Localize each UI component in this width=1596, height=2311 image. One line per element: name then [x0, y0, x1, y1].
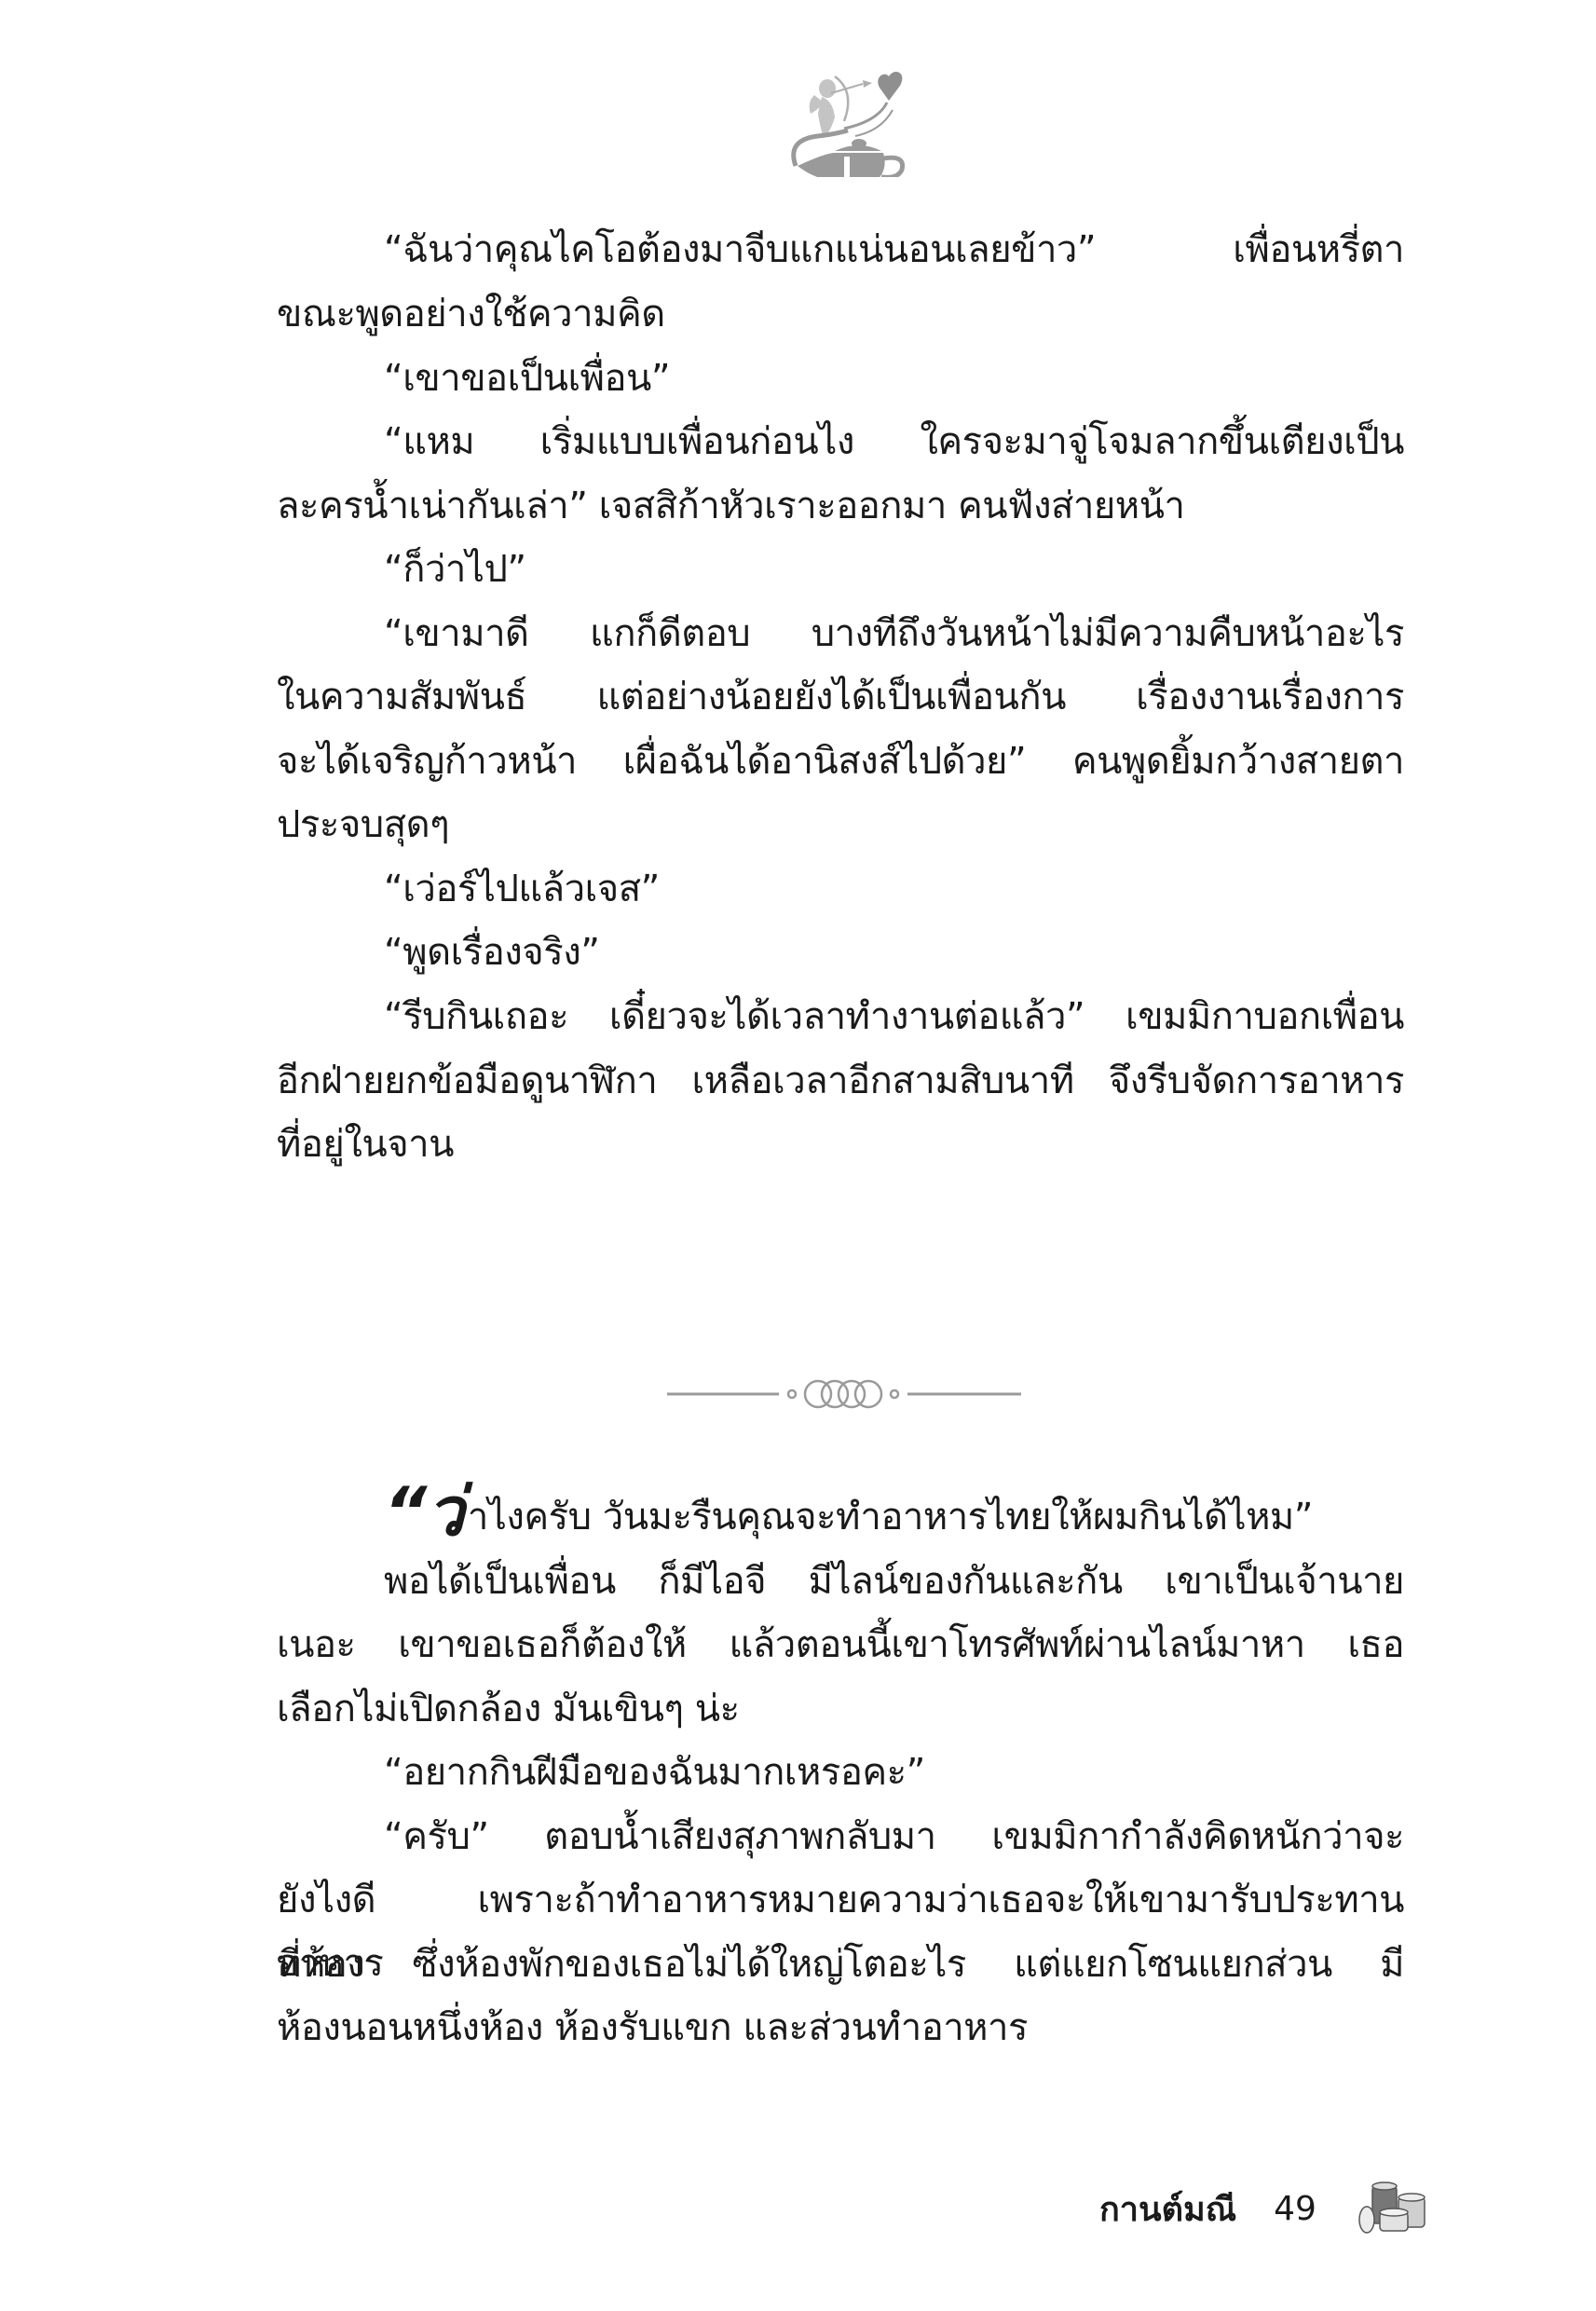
paragraph-line: “เขามาดี แกก็ดีตอบ บางทีถึงวันหน้าไม่มีค… [277, 602, 1404, 665]
coin-stack-icon [1354, 2181, 1438, 2236]
paragraph-line: เนอะ เขาขอเธอก็ต้องให้ แล้วตอนนี้เขาโทรศ… [277, 1613, 1404, 1676]
paragraph-first-line: “ว่าไงครับ วันมะรืนคุณจะทำอาหารไทยให้ผมก… [277, 1480, 1404, 1543]
paragraph-line: อีกฝ่ายยกข้อมือดูนาฬิกา เหลือเวลาอีกสามส… [277, 1049, 1404, 1113]
paragraph-line: ห้องนอนหนึ่งห้อง ห้องรับแขก และส่วนทำอาห… [277, 1996, 1404, 2059]
paragraph-line: ที่อยู่ในจาน [277, 1113, 1404, 1176]
paragraph-line: “ก็ว่าไป” [277, 538, 1404, 601]
ornamental-divider-icon [667, 1377, 1021, 1411]
paragraph-line: “พูดเรื่องจริง” [277, 921, 1404, 984]
page-footer: กานต์มณี 49 [1099, 2181, 1438, 2236]
genie-lamp-cupid-icon [770, 56, 909, 177]
paragraph-line: ที่ห้อง ซึ่งห้องพักของเธอไม่ได้ใหญ่โตอะไ… [277, 1933, 1404, 1996]
paragraph-line: ยังไงดี เพราะถ้าทำอาหารหมายความว่าเธอจะใ… [277, 1868, 1404, 1932]
book-title: กานต์มณี [1099, 2182, 1236, 2236]
paragraph-line: “แหม เริ่มแบบเพื่อนก่อนไง ใครจะมาจู่โจมล… [277, 410, 1404, 473]
paragraph-line: ขณะพูดอย่างใช้ความคิด [277, 282, 1404, 346]
first-line-text: าไงครับ วันมะรืนคุณจะทำอาหารไทยให้ผมกินไ… [468, 1496, 1313, 1538]
paragraph-line: “ฉันว่าคุณไคโอต้องมาจีบแกแน่นอนเลยข้าว” … [277, 218, 1404, 281]
paragraph-line: ประจบสุดๆ [277, 793, 1404, 856]
paragraph-line: “เว่อร์ไปแล้วเจส” [277, 857, 1404, 921]
paragraph-line: “เขาขอเป็นเพื่อน” [277, 347, 1404, 410]
paragraph-line: ละครน้ำเน่ากันเล่า” เจสสิก้าหัวเราะออกมา… [277, 474, 1404, 538]
page-number: 49 [1274, 2190, 1316, 2228]
paragraph-line: ในความสัมพันธ์ แต่อย่างน้อยยังได้เป็นเพื… [277, 665, 1404, 729]
paragraph-line: จะได้เจริญก้าวหน้า เผื่อฉันได้อานิสงส์ไป… [277, 730, 1404, 793]
paragraph-line: เลือกไม่เปิดกล้อง มันเขินๆ น่ะ [277, 1677, 1404, 1741]
paragraph-line: “อยากกินฝีมือของฉันมากเหรอคะ” [277, 1741, 1404, 1804]
drop-cap: “ว่ [384, 1472, 464, 1551]
paragraph-line: “ครับ” ตอบน้ำเสียงสุภาพกลับมา เขมมิกากำล… [277, 1805, 1404, 1868]
paragraph-line: “รีบกินเถอะ เดี๋ยวจะได้เวลาทำงานต่อแล้ว”… [277, 985, 1404, 1048]
paragraph-line: พอได้เป็นเพื่อน ก็มีไอจี มีไลน์ของกันและ… [277, 1550, 1404, 1613]
